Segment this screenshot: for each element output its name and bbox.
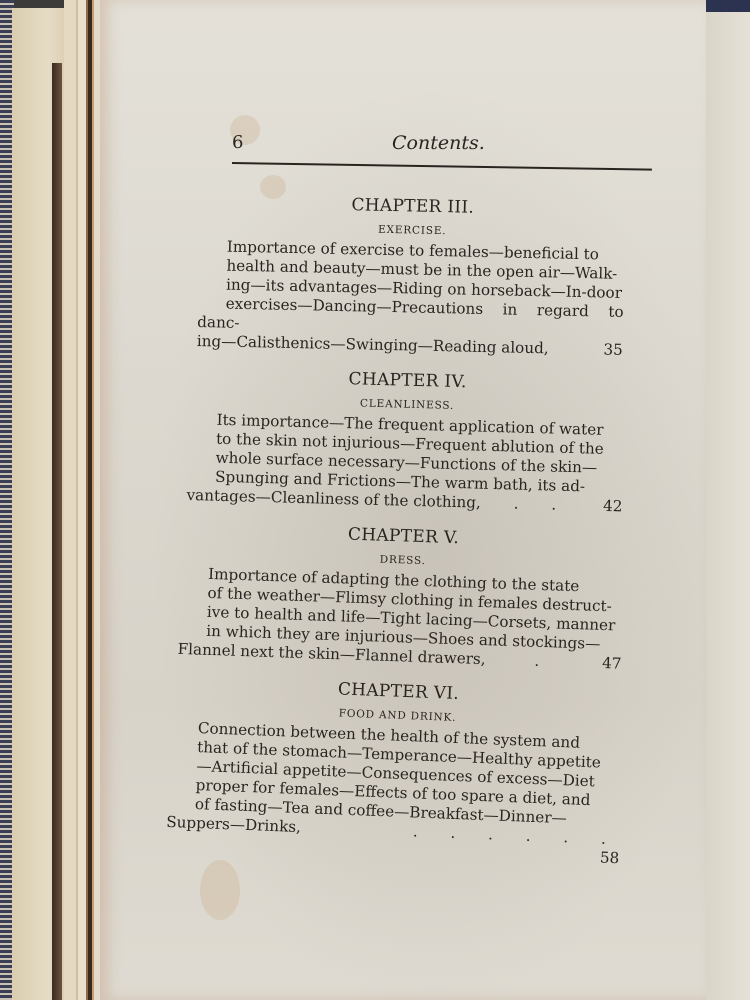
page-reference: 35 <box>603 340 623 359</box>
chapter-summary: Connection between the health of the sys… <box>165 718 624 868</box>
page-edge-stack <box>64 0 102 1000</box>
chapter-entry-iii: CHAPTER III. EXERCISE. Importance of exe… <box>197 192 626 360</box>
book-page: 6 Contents. CHAPTER III. EXERCISE. Impor… <box>100 0 706 1000</box>
chapter-summary: Importance of adapting the clothing to t… <box>177 564 624 674</box>
page-reference: 58 <box>600 849 620 869</box>
table-of-contents: CHAPTER III. EXERCISE. Importance of exe… <box>190 192 626 865</box>
chapter-entry-v: CHAPTER V. DRESS. Importance of adapting… <box>177 519 625 674</box>
header-rule <box>232 162 652 171</box>
dot-leader: . . <box>513 495 570 515</box>
chapter-summary: Its importance—The frequent application … <box>186 410 624 516</box>
running-title: Contents. <box>392 132 485 154</box>
chapter-summary: Importance of exercise to females—benefi… <box>197 237 625 360</box>
page-number: 6 <box>232 132 243 153</box>
chapter-entry-iv: CHAPTER IV. CLEANLINESS. Its importance—… <box>186 365 626 516</box>
chapter-entry-vi: CHAPTER VI. FOOD AND DRINK. Connection b… <box>165 673 625 868</box>
dot-leader: . <box>534 652 553 672</box>
running-head: 6 Contents. <box>232 132 652 160</box>
foxing-stain <box>200 860 240 920</box>
page-reference: 47 <box>602 654 622 674</box>
page-shadow <box>52 63 62 1000</box>
page-reference: 42 <box>603 497 623 516</box>
chapter-title: CHAPTER III. <box>200 192 626 221</box>
previous-page-edge <box>12 8 72 1000</box>
chapter-title: CHAPTER IV. <box>189 365 625 396</box>
next-page-edge <box>704 12 750 1000</box>
